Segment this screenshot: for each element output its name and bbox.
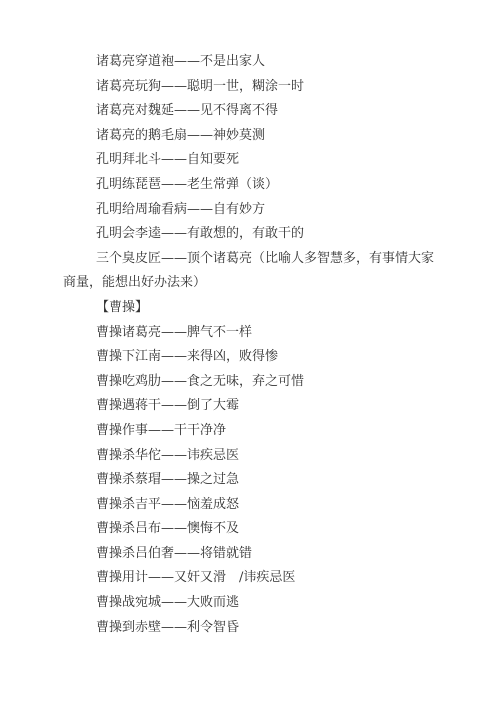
zhuge-saying-1: 诸葛亮穿道袍——不是出家人 bbox=[63, 50, 438, 75]
zhuge-saying-9: 三个臭皮匠——顶个诸葛亮（比喻人多智慧多，有事情大家商量，能想出好办法来） bbox=[63, 247, 438, 296]
zhuge-saying-7: 孔明给周瑜看病——自有妙方 bbox=[63, 198, 438, 223]
caocao-saying-11: 曹操用计——又奸又滑 /讳疾忌医 bbox=[63, 566, 438, 591]
zhuge-saying-3: 诸葛亮对魏延——见不得离不得 bbox=[63, 99, 438, 124]
caocao-saying-5: 曹操作事——干干净净 bbox=[63, 419, 438, 444]
caocao-saying-4: 曹操遇蒋干——倒了大霉 bbox=[63, 394, 438, 419]
zhuge-saying-8: 孔明会李逵——有敢想的，有敢干的 bbox=[63, 222, 438, 247]
caocao-saying-10: 曹操杀吕伯奢——将错就错 bbox=[63, 542, 438, 567]
zhuge-saying-6: 孔明练琵琶——老生常弹（谈） bbox=[63, 173, 438, 198]
caocao-saying-6: 曹操杀华佗——讳疾忌医 bbox=[63, 444, 438, 469]
zhuge-saying-5: 孔明拜北斗——自知要死 bbox=[63, 148, 438, 173]
caocao-saying-12: 曹操战宛城——大败而逃 bbox=[63, 591, 438, 616]
document-page: 诸葛亮穿道袍——不是出家人 诸葛亮玩狗——聪明一世，糊涂一时 诸葛亮对魏延——见… bbox=[0, 0, 500, 708]
zhuge-saying-2: 诸葛亮玩狗——聪明一世，糊涂一时 bbox=[63, 75, 438, 100]
caocao-saying-9: 曹操杀吕布——懊悔不及 bbox=[63, 517, 438, 542]
caocao-saying-3: 曹操吃鸡肋——食之无味，弃之可惜 bbox=[63, 370, 438, 395]
zhuge-saying-4: 诸葛亮的鹅毛扇——神妙莫测 bbox=[63, 124, 438, 149]
document-content: 诸葛亮穿道袍——不是出家人 诸葛亮玩狗——聪明一世，糊涂一时 诸葛亮对魏延——见… bbox=[63, 50, 438, 640]
caocao-section-heading: 【曹操】 bbox=[63, 296, 438, 321]
caocao-saying-8: 曹操杀吉平——恼羞成怒 bbox=[63, 493, 438, 518]
caocao-saying-2: 曹操下江南——来得凶，败得惨 bbox=[63, 345, 438, 370]
caocao-saying-13: 曹操到赤壁——利令智昏 bbox=[63, 616, 438, 641]
caocao-saying-1: 曹操诸葛亮——脾气不一样 bbox=[63, 321, 438, 346]
caocao-saying-7: 曹操杀蔡瑁——操之过急 bbox=[63, 468, 438, 493]
